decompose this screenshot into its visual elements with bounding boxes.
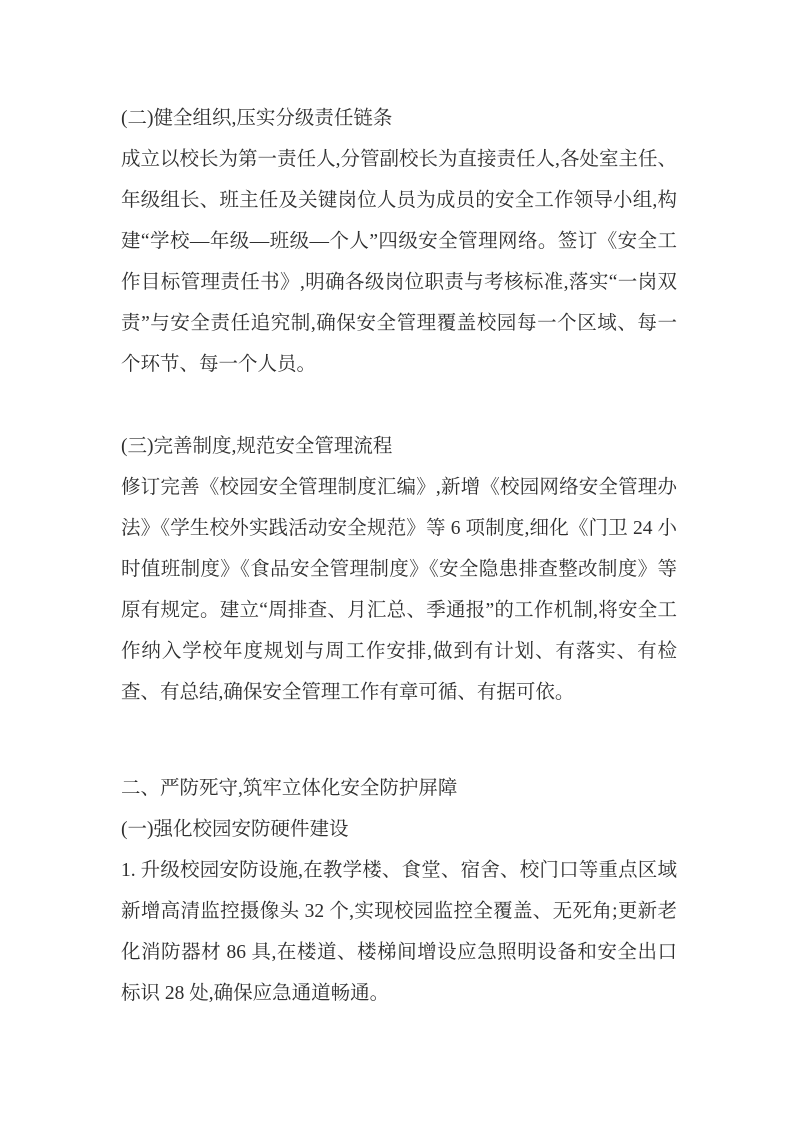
section-heading-3: (三)完善制度,规范安全管理流程	[121, 426, 677, 467]
paragraph-organization: 成立以校长为第一责任人,分管副校长为直接责任人,各处室主任、年级组长、班主任及关…	[121, 139, 677, 385]
document-page: (二)健全组织,压实分级责任链条 成立以校长为第一责任人,分管副校长为直接责任人…	[0, 0, 793, 1122]
paragraph-regulations: 修订完善《校园安全管理制度汇编》,新增《校园网络安全管理办法》《学生校外实践活动…	[121, 467, 677, 713]
section-heading-2: (二)健全组织,压实分级责任链条	[121, 98, 677, 139]
section-heading-1-hardware: (一)强化校园安防硬件建设	[121, 809, 677, 850]
chapter-heading-2: 二、严防死守,筑牢立体化安全防护屏障	[121, 768, 677, 809]
document-content: (二)健全组织,压实分级责任链条 成立以校长为第一责任人,分管副校长为直接责任人…	[121, 98, 677, 1014]
paragraph-security-facilities: 1. 升级校园安防设施,在教学楼、食堂、宿舍、校门口等重点区域新增高清监控摄像头…	[121, 850, 677, 1014]
